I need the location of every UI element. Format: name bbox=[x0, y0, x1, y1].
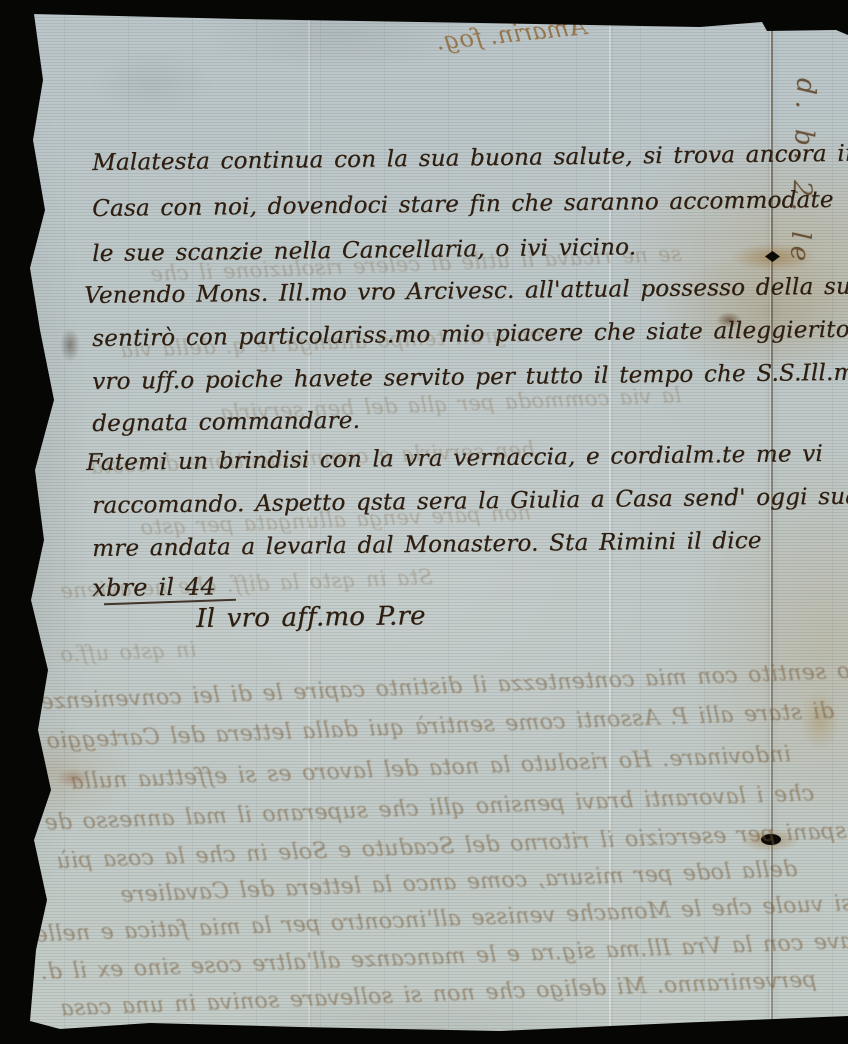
letter-date-line: xbre il 44 bbox=[92, 572, 216, 602]
left-edge-smudge bbox=[60, 328, 80, 362]
letter-page: Amarin. fog. d. b. 2. le se ne ricava il… bbox=[0, 0, 848, 1044]
scan-background: { "document": { "kind": "handwritten-let… bbox=[0, 0, 848, 1044]
letter-signature: Il vro aff.mo P.re bbox=[196, 601, 426, 634]
letter-line: degnata commandare. bbox=[92, 408, 360, 437]
